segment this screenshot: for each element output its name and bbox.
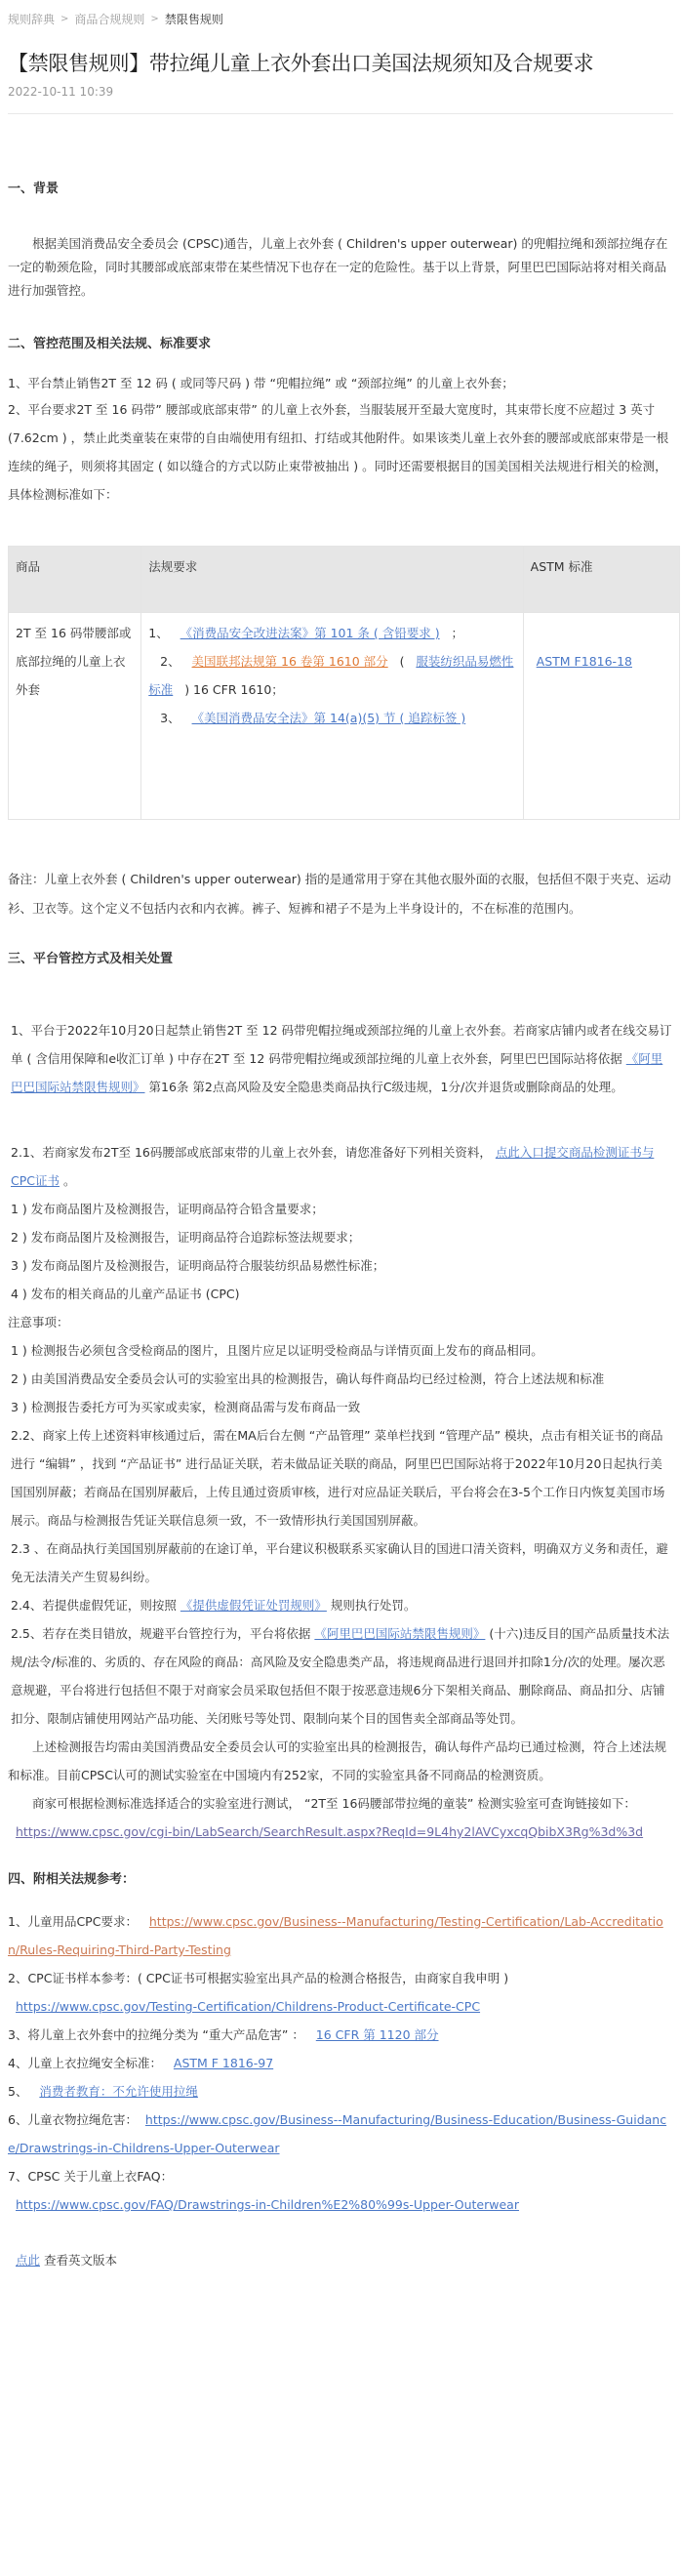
breadcrumb-item-rules-dictionary[interactable]: 规则辞典 — [8, 14, 55, 25]
cfr-1610-link[interactable]: 美国联邦法规第 16 卷第 1610 部分 — [192, 654, 388, 669]
lab-report-paragraph: 上述检测报告均需由美国消费品安全委员会认可的实验室出具的检测报告，确认每件产品均… — [8, 1733, 673, 1789]
req-1-number: 1、 — [148, 626, 168, 640]
requirement-list-item: 3 ) 发布商品图片及检测报告，证明商品符合服装纺织品易燃性标准； — [8, 1251, 673, 1280]
lab-search-paragraph: 商家可根据检测标准选择适合的实验室进行测试， “2T至 16码腰部带拉绳的童装”… — [8, 1789, 673, 1818]
breadcrumb-separator: > — [60, 15, 68, 24]
reference-item: 3、将儿童上衣外套中的拉绳分类为 “重大产品危害” ： 16 CFR 第 112… — [8, 2021, 673, 2049]
reference-link-cpc-sample[interactable]: https://www.cpsc.gov/Testing-Certificati… — [16, 1999, 480, 2014]
reference-item: 5、 消费者教育：不允许使用拉绳 — [8, 2077, 673, 2106]
enforcement-paragraph-1: 1、平台于2022年10月20日起禁止销售2T 至 12 码带兜帽拉绳或颈部拉绳… — [8, 1016, 673, 1101]
table-header-astm: ASTM 标准 — [523, 547, 679, 613]
breadcrumb-item-current: 禁限售规则 — [165, 14, 223, 25]
scope-item-2: 2、平台要求2T 至 16 码带” 腰部或底部束带” 的儿童上衣外套，当服装展开… — [8, 395, 673, 509]
lab-search-link[interactable]: https://www.cpsc.gov/cgi-bin/LabSearch/S… — [16, 1824, 643, 1839]
reference-item-link-wrap: https://www.cpsc.gov/FAQ/Drawstrings-in-… — [8, 2190, 673, 2219]
table-header-row: 商品 法规要求 ASTM 标准 — [9, 547, 680, 613]
req-2-number: 2、 — [160, 654, 180, 669]
enforcement-paragraph-2-2: 2.2、商家上传上述资料审核通过后，需在MA后台左侧 “产品管理” 菜单栏找到 … — [8, 1421, 673, 1534]
page: 规则辞典 > 商品合规规则 > 禁限售规则 【禁限售规则】带拉绳儿童上衣外套出口… — [0, 0, 681, 2313]
background-paragraph: 根据美国消费品安全委员会 (CPSC)通告，儿童上衣外套 ( Children'… — [8, 232, 673, 303]
requirement-list-item: 2 ) 发布商品图片及检测报告，证明商品符合追踪标签法规要求； — [8, 1223, 673, 1251]
reference-item: 2、CPC证书样本参考：( CPC证书可根据实验室出具产品的检测合格报告，由商家… — [8, 1964, 673, 1992]
table-header-regulation: 法规要求 — [141, 547, 523, 613]
breadcrumb-separator: > — [150, 15, 158, 24]
english-version-line: 点此 查看英文版本 — [8, 2246, 673, 2274]
section-title-references: 四、附相关法规参考： — [8, 1873, 673, 1886]
section-title-enforcement: 三、平台管控方式及相关处置 — [8, 953, 673, 965]
reference-item: 7、CPSC 关于儿童上衣FAQ： — [8, 2162, 673, 2190]
reference-item: 6、儿童衣物拉绳危害： https://www.cpsc.gov/Busines… — [8, 2106, 673, 2162]
section-title-background: 一、背景 — [8, 183, 673, 195]
prohibited-rules-link-2[interactable]: 《阿里巴巴国际站禁限售规则》 — [314, 1626, 485, 1641]
english-version-link[interactable]: 点此 — [16, 2253, 40, 2268]
req-1-suffix: ； — [452, 626, 464, 640]
requirement-list-item: 4 ) 发布的相关商品的儿童产品证书 (CPC) — [8, 1280, 673, 1308]
enforcement-paragraph-2-3: 2.3 、在商品执行美国国别屏蔽前的在途订单，平台建议积极联系买家确认目的国进口… — [8, 1534, 673, 1591]
enforcement-paragraph-2-4: 2.4、若提供虚假凭证，则按照 《提供虚假凭证处罚规则》 规则执行处罚。 — [8, 1591, 673, 1619]
reference-item: 1、儿童用品CPC要求： https://www.cpsc.gov/Busine… — [8, 1907, 673, 1964]
req-2-paren: ( — [400, 654, 405, 669]
notes-item: 3 ) 检测报告委托方可为买家或卖家，检测商品需与发布商品一致 — [8, 1393, 673, 1421]
page-title: 【禁限售规则】带拉绳儿童上衣外套出口美国法规须知及合规要求 — [8, 49, 673, 78]
req-2-suffix: ) 16 CFR 1610； — [184, 682, 284, 697]
notes-title: 注意事项： — [8, 1308, 673, 1336]
note-paragraph: 备注：儿童上衣外套 ( Children's upper outerwear) … — [8, 865, 673, 923]
astm-f1816-18-link[interactable]: ASTM F1816-18 — [537, 647, 632, 675]
reference-link-cpsc-faq[interactable]: https://www.cpsc.gov/FAQ/Drawstrings-in-… — [16, 2197, 519, 2212]
req-3-number: 3、 — [160, 711, 180, 725]
cpsa-14a5-link[interactable]: 《美国消费品安全法》第 14(a)(5) 节 ( 追踪标签 ) — [192, 711, 466, 725]
notes-item: 2 ) 由美国消费品安全委员会认可的实验室出具的检测报告，确认每件商品均已经过检… — [8, 1365, 673, 1393]
false-certificate-rules-link[interactable]: 《提供虚假凭证处罚规则》 — [180, 1598, 327, 1613]
reference-link-astm-f1816-97[interactable]: ASTM F 1816-97 — [174, 2056, 273, 2070]
publish-date: 2022-10-11 10:39 — [8, 86, 673, 98]
table-row: 2T 至 16 码带腰部或底部拉绳的儿童上衣外套 1、 《消费品安全改进法案》第… — [9, 613, 680, 820]
cpsia-101-link[interactable]: 《消费品安全改进法案》第 101 条 ( 含铅要求 ) — [180, 626, 440, 640]
english-version-text: 查看英文版本 — [44, 2253, 117, 2268]
astm-cell: ASTM F1816-18 — [523, 613, 679, 820]
enforcement-paragraph-2-1: 2.1、若商家发布2T至 16码腰部或底部束带的儿童上衣外套，请您准备好下列相关… — [8, 1138, 673, 1195]
scope-item-1: 1、平台禁止销售2T 至 12 码 ( 或同等尺码 ) 带 “兜帽拉绳” 或 “… — [8, 372, 673, 395]
reference-item-link-wrap: https://www.cpsc.gov/Testing-Certificati… — [8, 1992, 673, 2021]
requirement-list-item: 1 ) 发布商品图片及检测报告，证明商品符合铅含量要求； — [8, 1195, 673, 1223]
breadcrumb: 规则辞典 > 商品合规规则 > 禁限售规则 — [8, 0, 673, 29]
lab-search-link-wrap: https://www.cpsc.gov/cgi-bin/LabSearch/S… — [8, 1818, 673, 1846]
enforcement-paragraph-2-5: 2.5、若存在类目错放，规避平台管控行为，平台将依据 《阿里巴巴国际站禁限售规则… — [8, 1619, 673, 1733]
requirements-table: 商品 法规要求 ASTM 标准 2T 至 16 码带腰部或底部拉绳的儿童上衣外套… — [8, 546, 680, 820]
product-cell: 2T 至 16 码带腰部或底部拉绳的儿童上衣外套 — [9, 613, 141, 820]
reference-link-consumer-education[interactable]: 消费者教育：不允许使用拉绳 — [39, 2084, 198, 2099]
article-body: 一、背景 根据美国消费品安全委员会 (CPSC)通告，儿童上衣外套 ( Chil… — [8, 114, 673, 2313]
table-header-product: 商品 — [9, 547, 141, 613]
section-title-scope: 二、管控范围及相关法规、标准要求 — [8, 338, 673, 350]
reference-link-16cfr-1120[interactable]: 16 CFR 第 1120 部分 — [316, 2027, 439, 2042]
regulation-cell: 1、 《消费品安全改进法案》第 101 条 ( 含铅要求 ) ； 2、 美国联邦… — [141, 613, 523, 820]
reference-item: 4、儿童上衣拉绳安全标准： ASTM F 1816-97 — [8, 2049, 673, 2077]
breadcrumb-item-compliance-rules[interactable]: 商品合规规则 — [74, 14, 144, 25]
notes-item: 1 ) 检测报告必须包含受检商品的图片，且图片应足以证明受检商品与详情页面上发布… — [8, 1336, 673, 1365]
